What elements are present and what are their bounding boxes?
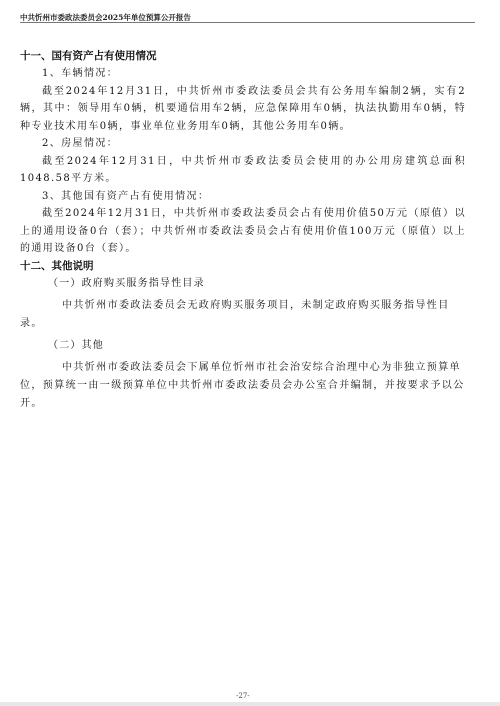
document-body: 十一、国有资产占有使用情况 1、车辆情况： 截至2024年12月31日，中共忻州…: [20, 48, 466, 417]
header-divider: [20, 22, 475, 23]
paragraph-housing: 截至2024年12月31日，中共忻州市委政法委员会使用的办公用房建筑总面积104…: [20, 153, 466, 188]
page-number: -27-: [236, 692, 250, 700]
subheading-vehicles: 1、车辆情况：: [20, 65, 466, 83]
paragraph-procurement: 中共忻州市委政法委员会无政府购买服务项目，未制定政府购买服务指导性目录。: [20, 297, 466, 333]
section-heading-other: 十二、其他说明: [20, 258, 466, 275]
subheading-other-assets: 3、其他国有资产占有使用情况：: [20, 188, 466, 206]
subheading-housing: 2、房屋情况：: [20, 135, 466, 153]
paragraph-vehicles: 截至2024年12月31日，中共忻州市委政法委员会共有公务用车编制2辆，实有2辆…: [20, 83, 466, 136]
page-bottom-edge: [0, 702, 500, 706]
subheading-misc: （二）其他: [20, 337, 466, 355]
subheading-procurement: （一）政府购买服务指导性目录: [20, 275, 466, 293]
paragraph-other-assets: 截至2024年12月31日，中共忻州市委政法委员会占有使用价值50万元（原值）以…: [20, 205, 466, 258]
paragraph-misc: 中共忻州市委政法委员会下属单位忻州市社会治安综合治理中心为非独立预算单位，预算统…: [20, 359, 466, 413]
section-heading-assets: 十一、国有资产占有使用情况: [20, 48, 466, 65]
